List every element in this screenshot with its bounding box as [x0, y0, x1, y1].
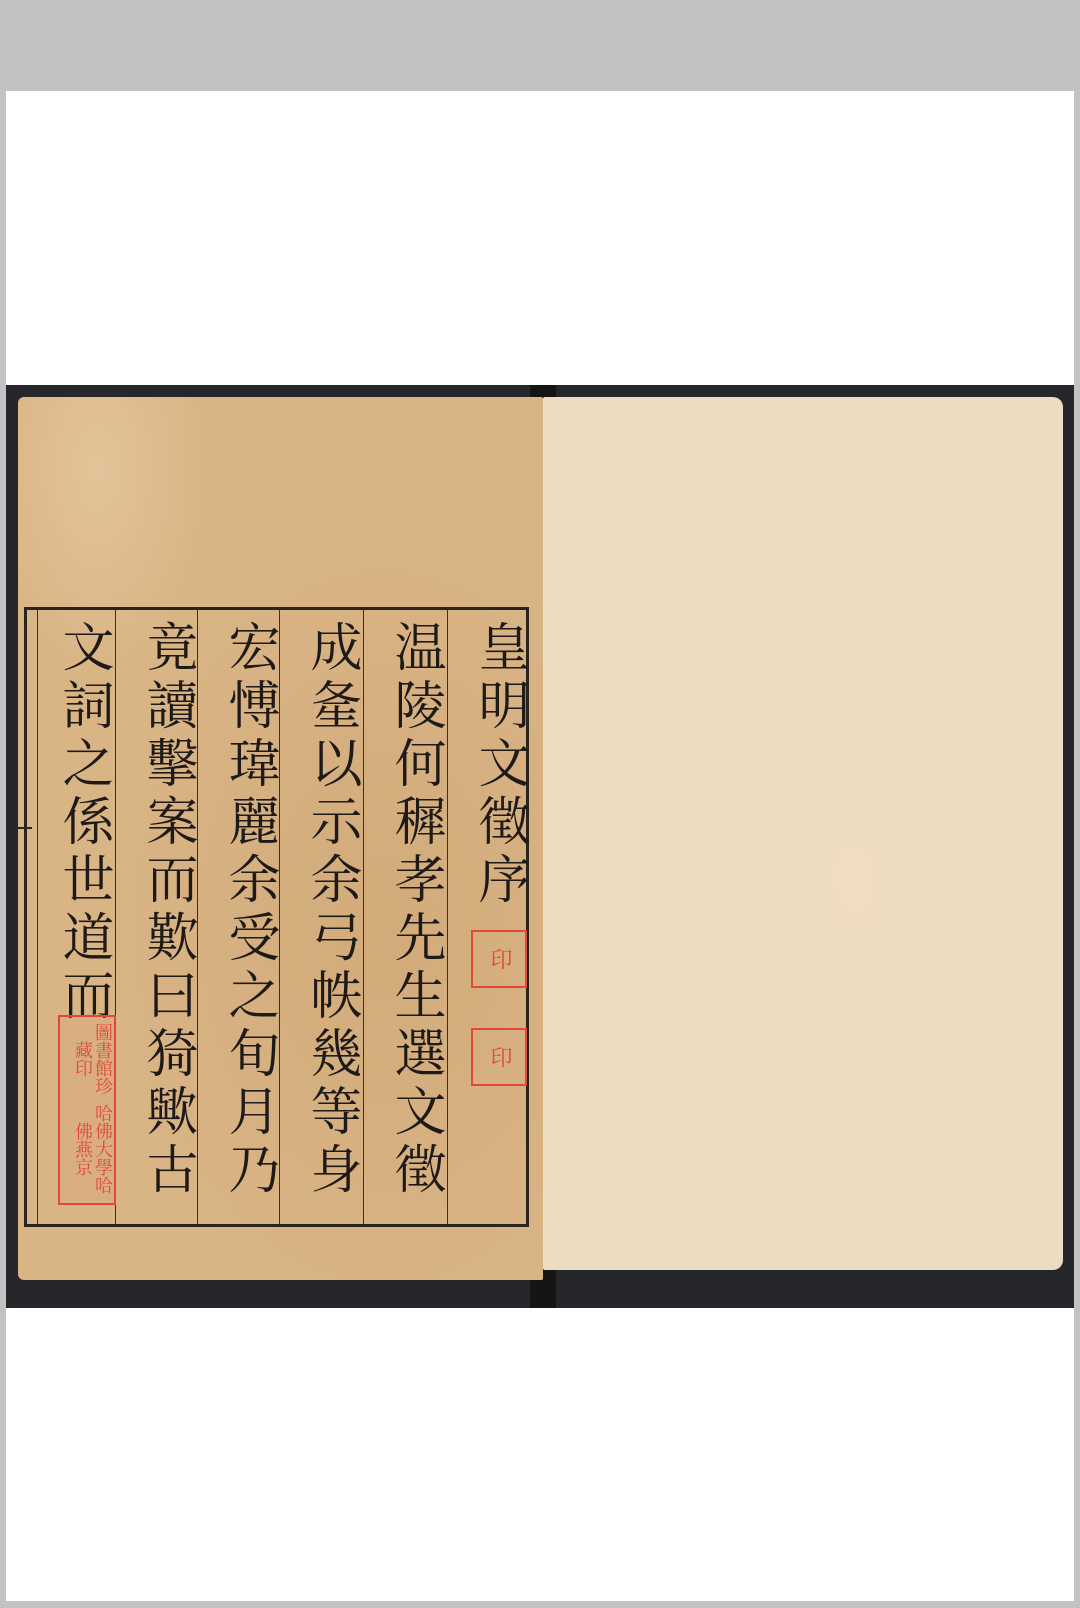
library-seal-line-2: 圖書館珍藏印: [62, 1021, 112, 1096]
column-text: 成㚅以示余弓帙幾等身: [280, 620, 363, 1200]
text-column: 温陵何穉孝先生選文徵: [363, 610, 447, 1224]
left-page: 皇明文徵序 温陵何穉孝先生選文徵 成㚅以示余弓帙幾等身 宏愽瑋麗余受之旬月乃 竟…: [18, 397, 543, 1280]
text-column-title: 皇明文徵序: [447, 610, 531, 1224]
seal-stamp-icon: 印: [471, 930, 527, 988]
text-column: 成㚅以示余弓帙幾等身: [279, 610, 363, 1224]
seal-stamp-icon: 印: [471, 1028, 527, 1086]
column-text: 竟讀擊案而歎曰猗歟古: [116, 620, 199, 1200]
text-frame: 皇明文徵序 温陵何穉孝先生選文徵 成㚅以示余弓帙幾等身 宏愽瑋麗余受之旬月乃 竟…: [24, 607, 529, 1227]
seal-text: 印: [487, 1046, 511, 1068]
viewer-top-bar: [0, 0, 1080, 90]
library-seal-line-1: 哈佛大學哈佛燕京: [62, 1098, 112, 1199]
library-seal: 哈佛大學哈佛燕京 圖書館珍藏印: [58, 1015, 116, 1205]
column-text: 宏愽瑋麗余受之旬月乃: [198, 620, 281, 1200]
text-column: 竟讀擊案而歎曰猗歟古: [115, 610, 199, 1224]
book-scan-image: 皇明文徵序 温陵何穉孝先生選文徵 成㚅以示余弓帙幾等身 宏愽瑋麗余受之旬月乃 竟…: [6, 385, 1074, 1308]
right-page-blank: [543, 397, 1063, 1270]
title-text: 皇明文徵序: [448, 620, 531, 910]
text-column: 宏愽瑋麗余受之旬月乃: [197, 610, 281, 1224]
column-text: 文詞之係世道而: [38, 620, 115, 1026]
column-text: 温陵何穉孝先生選文徵: [364, 620, 447, 1200]
seal-text: 印: [487, 948, 511, 970]
